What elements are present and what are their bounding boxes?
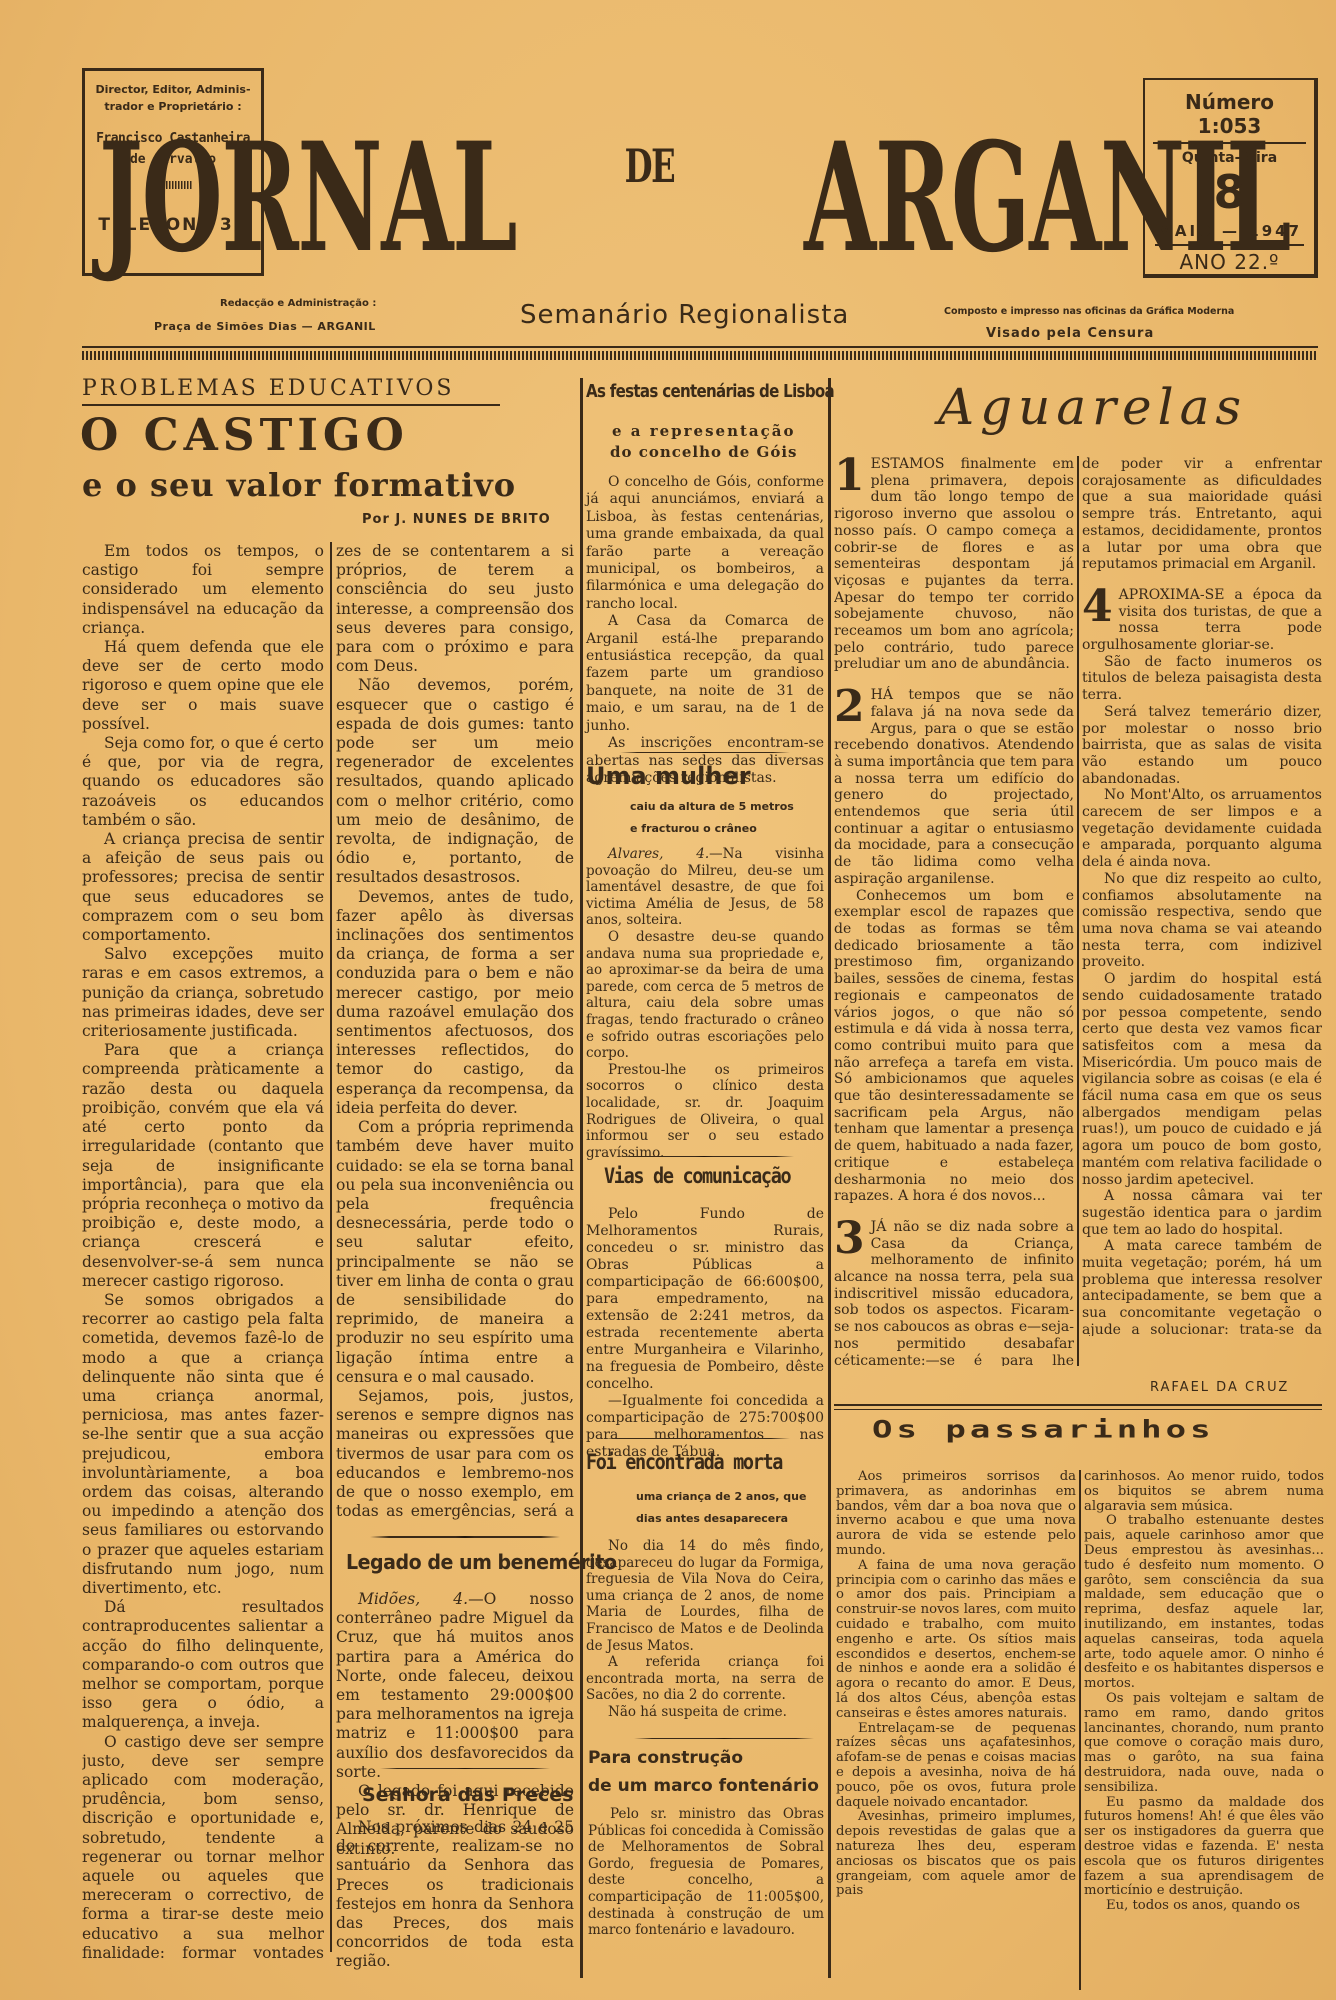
masthead-rule <box>82 346 1318 348</box>
morta-body: No dia 14 do mês findo, desapareceu do l… <box>586 1538 824 1721</box>
separator <box>614 1156 794 1157</box>
section-number: 1 <box>834 458 865 494</box>
section-number: 4 <box>1082 589 1113 625</box>
paragraph: A faina de uma nova geração principia co… <box>836 1559 1076 1722</box>
issue-box: Número 1:053 Quinta-feira 8 MAIO — 1947 … <box>1143 78 1318 278</box>
paragraph: Há quem defenda que ele deve ser de cert… <box>82 638 324 734</box>
issue-weekday: Quinta-feira <box>1145 150 1314 166</box>
vias-body: Pelo Fundo de Melhoramentos Rurais, conc… <box>586 1206 824 1461</box>
vias-title: Vias de comunicação <box>604 1164 790 1188</box>
castigo-subtitle: e o seu valor formativo <box>82 466 516 504</box>
separator <box>634 1738 814 1739</box>
paragraph: Não devemos, porém, esquecer que o casti… <box>336 676 574 887</box>
morta-title: Foi encontrada morta <box>586 1450 782 1474</box>
legado-title: Legado de um benemérito <box>346 1550 616 1574</box>
newspaper-title: JORNAL DE ARGANIL <box>310 66 1100 266</box>
preces-body: Nos próximos dias 24 e 25 do corrente, r… <box>336 1818 574 1972</box>
director-line1: Director, Editor, Adminis- <box>85 83 261 96</box>
separator <box>600 1438 790 1439</box>
separator <box>620 752 790 753</box>
column-divider <box>580 378 583 1978</box>
festas-body: O concelho de Góis, conforme já aqui anu… <box>586 474 824 787</box>
paragraph: Seja como for, o que é certo é que, por … <box>82 734 324 830</box>
paragraph: Com a própria reprimenda também deve hav… <box>336 1118 574 1387</box>
passarinhos-col2: carinhosos. Ao menor ruido, todos os biq… <box>1084 1470 1324 1990</box>
separator <box>370 1536 560 1538</box>
preces-title: Senhora das Preces <box>362 1784 573 1806</box>
paragraph: O castigo deve ser sempre justo, deve se… <box>82 1733 324 1962</box>
redaccao-line2: Praça de Simões Dias — ARGANIL <box>154 320 376 333</box>
section-number: 3 <box>834 1221 865 1257</box>
paragraph: Salvo excepções muito raras e em casos e… <box>82 945 324 1041</box>
paragraph: Eu, todos os anos, quando os <box>1084 1899 1324 1914</box>
passarinhos-col1: Aos primeiros sorrisos da primavera, as … <box>836 1470 1076 1990</box>
separator <box>380 1768 550 1769</box>
mulher-body: Alvares, 4.—Na visinha povoação do Milre… <box>586 846 824 1161</box>
aguarelas-col2: de poder vir a enfrentar corajosamente a… <box>1082 456 1322 1336</box>
castigo-col1: Em todos os tempos, o castigo foi sempre… <box>82 542 324 1962</box>
issue-year: ANO 22.º <box>1145 250 1314 274</box>
festas-title: As festas centenárias de Lisboa <box>586 382 834 402</box>
dateline: Midões, 4. <box>358 1590 468 1608</box>
castigo-kicker: PROBLEMAS EDUCATIVOS <box>82 376 454 401</box>
section-2: 2HÁ tempos que se não falava já na nova … <box>834 687 1074 887</box>
morta-subtitle1: uma criança de 2 anos, que <box>636 1490 806 1503</box>
paragraph: zes de se contentarem a si próprios, de … <box>336 542 574 676</box>
marco-body: Pelo sr. ministro das Obras Públicas foi… <box>588 1806 824 1939</box>
issue-number: Número 1:053 <box>1153 90 1306 144</box>
redaccao-line1: Redacção e Administração : <box>220 298 376 309</box>
paragraph: O jardim do hospital está sendo cuidados… <box>1082 971 1322 1188</box>
column-divider <box>330 542 332 1952</box>
paragraph: O concelho de Góis, conforme já aqui anu… <box>586 474 824 613</box>
dateline: Alvares, 4. <box>608 846 709 862</box>
column-divider <box>1079 1470 1081 1990</box>
paragraph: carinhosos. Ao menor ruido, todos os biq… <box>1084 1470 1324 1514</box>
morta-subtitle2: dias antes desaparecera <box>636 1512 788 1525</box>
paragraph: A Casa da Comarca de Arganil está-lhe pr… <box>586 613 824 735</box>
paragraph: Os pais voltejam e saltam de ramo em ram… <box>1084 1692 1324 1796</box>
paragraph: No Mont'Alto, os arruamentos carecem de … <box>1082 787 1322 871</box>
paragraph: Prestou-lhe os primeiros socorros o clín… <box>586 1062 824 1162</box>
mulher-title: Uma mulher <box>586 762 751 790</box>
section-rule <box>834 1409 1322 1410</box>
title-jornal: JORNAL <box>99 131 516 266</box>
column-divider <box>1077 456 1079 1366</box>
festas-subtitle1: e a representação <box>612 422 796 440</box>
passarinhos-title: Os passarinhos <box>872 1416 1215 1444</box>
newspaper-subtitle: Semanário Regionalista <box>520 300 849 330</box>
paragraph: No dia 14 do mês findo, desapareceu do l… <box>586 1538 824 1654</box>
paragraph: Para que a criança compreenda pràticamen… <box>82 1041 324 1291</box>
printing-line1: Composto e impresso nas oficinas da Gráf… <box>944 306 1234 317</box>
paragraph: Midões, 4.—O nosso conterrâneo padre Mig… <box>336 1590 574 1782</box>
mulher-subtitle1: caiu da altura de 5 metros <box>630 800 794 813</box>
issue-month-year: MAIO — 1947 <box>1155 222 1304 246</box>
paragraph: Conhecemos um bom e exemplar escol de ra… <box>834 888 1074 1205</box>
paragraph: Eu pasmo da maldade dos futuros homens! … <box>1084 1796 1324 1900</box>
section-1: 1ESTAMOS finalmente em plena primavera, … <box>834 456 1074 673</box>
castigo-byline: Por J. NUNES DE BRITO <box>362 512 551 527</box>
paragraph: Será talvez temerário dizer, por molesta… <box>1082 704 1322 788</box>
printing-line2: Visado pela Censura <box>986 326 1154 341</box>
paragraph: A mata carece também de muita vegetação;… <box>1082 1238 1322 1336</box>
mulher-subtitle2: e fracturou o crâneo <box>630 822 757 835</box>
aguarelas-col1: 1ESTAMOS finalmente em plena primavera, … <box>834 456 1074 1366</box>
paragraph: Devemos, antes de tudo, fazer apêlo às d… <box>336 888 574 1118</box>
section-number: 2 <box>834 689 865 725</box>
paragraph: A nossa câmara vai ter sugestão identica… <box>1082 1188 1322 1238</box>
paragraph: Entrelaçam-se de pequenas raízes sêcas u… <box>836 1722 1076 1811</box>
paragraph: São de facto inumeros os titulos de bele… <box>1082 654 1322 704</box>
paragraph: Dá resultados contraproducentes salienta… <box>82 1598 324 1732</box>
paragraph: Pelo sr. ministro das Obras Públicas foi… <box>588 1806 824 1939</box>
aguarelas-title: Aguarelas <box>938 378 1247 436</box>
paragraph: Alvares, 4.—Na visinha povoação do Milre… <box>586 846 824 929</box>
masthead-hatch-rule <box>82 351 1318 360</box>
paragraph: O desastre deu-se quando andava numa sua… <box>586 929 824 1062</box>
section-rule <box>834 1404 1322 1406</box>
paragraph: A criança precisa de sentir a afeição de… <box>82 830 324 945</box>
paragraph: Pelo Fundo de Melhoramentos Rurais, conc… <box>586 1206 824 1393</box>
marco-title1: Para construção <box>588 1748 743 1768</box>
festas-subtitle2: do concelho de Góis <box>610 443 797 461</box>
castigo-col2: zes de se contentarem a si próprios, de … <box>336 542 574 1522</box>
kicker-underline <box>82 404 500 406</box>
paragraph: No que diz respeito ao culto, confiamos … <box>1082 871 1322 971</box>
aguarelas-signature: RAFAEL DA CRUZ <box>1150 1380 1289 1395</box>
paragraph: Aos primeiros sorrisos da primavera, as … <box>836 1470 1076 1559</box>
paragraph: de poder vir a enfrentar corajosamente a… <box>1082 456 1322 573</box>
castigo-title: O CASTIGO <box>80 410 409 461</box>
marco-title2: de um marco fontenário <box>588 1776 819 1796</box>
paragraph: Nos próximos dias 24 e 25 do corrente, r… <box>336 1818 574 1972</box>
section-4: 4APROXIMA-SE a época da visita dos turis… <box>1082 587 1322 654</box>
paragraph: Sejamos, pois, justos, serenos e sempre … <box>336 1387 574 1522</box>
section-3: 3JÁ não se diz nada sobre a Casa da Cria… <box>834 1219 1074 1366</box>
paragraph: Não há suspeita de crime. <box>586 1704 824 1721</box>
paragraph: Avesinhas, primeiro implumes, depois rev… <box>836 1810 1076 1899</box>
paragraph: Se somos obrigados a recorrer ao castigo… <box>82 1291 324 1598</box>
issue-day: 8 <box>1145 166 1314 218</box>
title-de: DE <box>625 139 675 193</box>
paragraph: O trabalho estenuante destes pais, aquel… <box>1084 1514 1324 1692</box>
paragraph: A referida criança foi encontrada morta,… <box>586 1654 824 1704</box>
column-divider <box>828 378 831 1978</box>
paragraph: Em todos os tempos, o castigo foi sempre… <box>82 542 324 638</box>
